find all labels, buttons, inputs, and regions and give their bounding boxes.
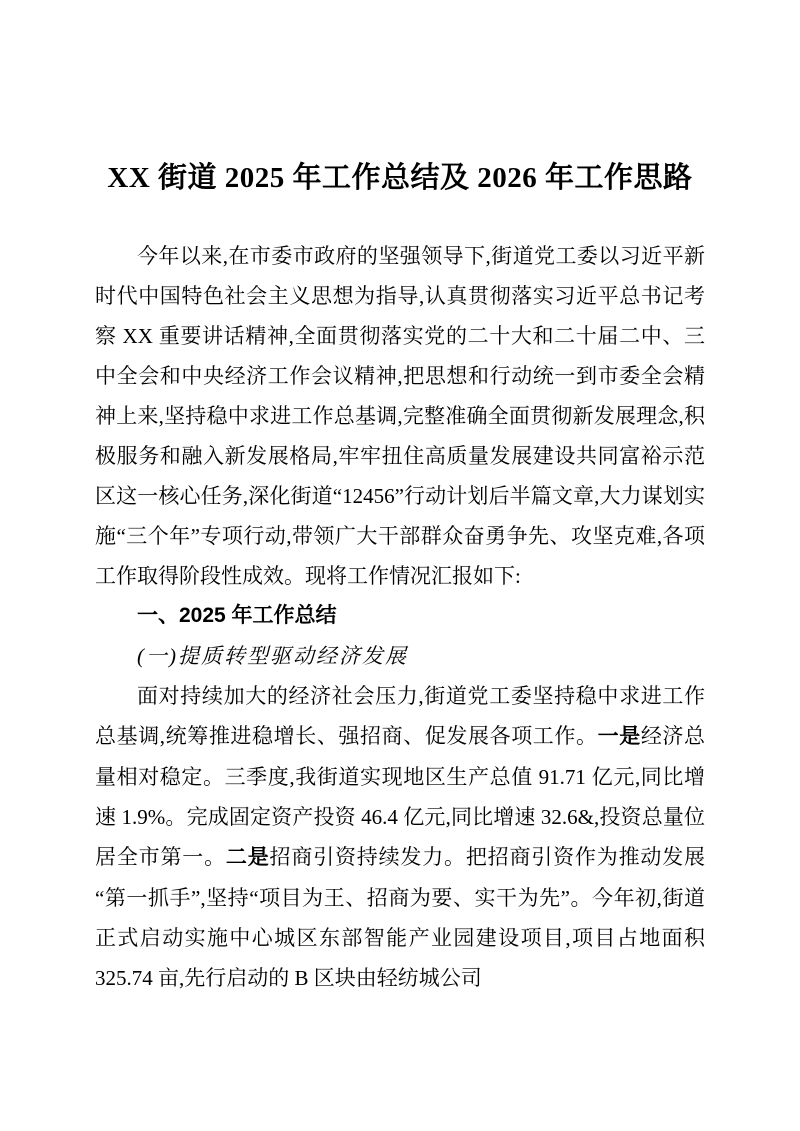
document-page: XX 街道 2025 年工作总结及 2026 年工作思路 今年以来,在市委市政府… [0, 0, 800, 1131]
subsection-1-1-heading: (一)提质转型驱动经济发展 [95, 636, 705, 676]
section-1-heading: 一、2025 年工作总结 [95, 596, 705, 636]
bold-runin-ershi: 二是 [226, 846, 270, 869]
document-title: XX 街道 2025 年工作总结及 2026 年工作思路 [30, 156, 770, 200]
intro-paragraph: 今年以来,在市委市政府的坚强领导下,街道党工委以习近平新时代中国特色社会主义思想… [95, 236, 705, 596]
document-body: 今年以来,在市委市政府的坚强领导下,街道党工委以习近平新时代中国特色社会主义思想… [95, 236, 705, 998]
bold-runin-yishi: 一是 [598, 725, 641, 748]
section-1-paragraph: 面对持续加大的经济社会压力,街道党工委坚持稳中求进工作总基调,统筹推进稳增长、强… [95, 676, 705, 998]
